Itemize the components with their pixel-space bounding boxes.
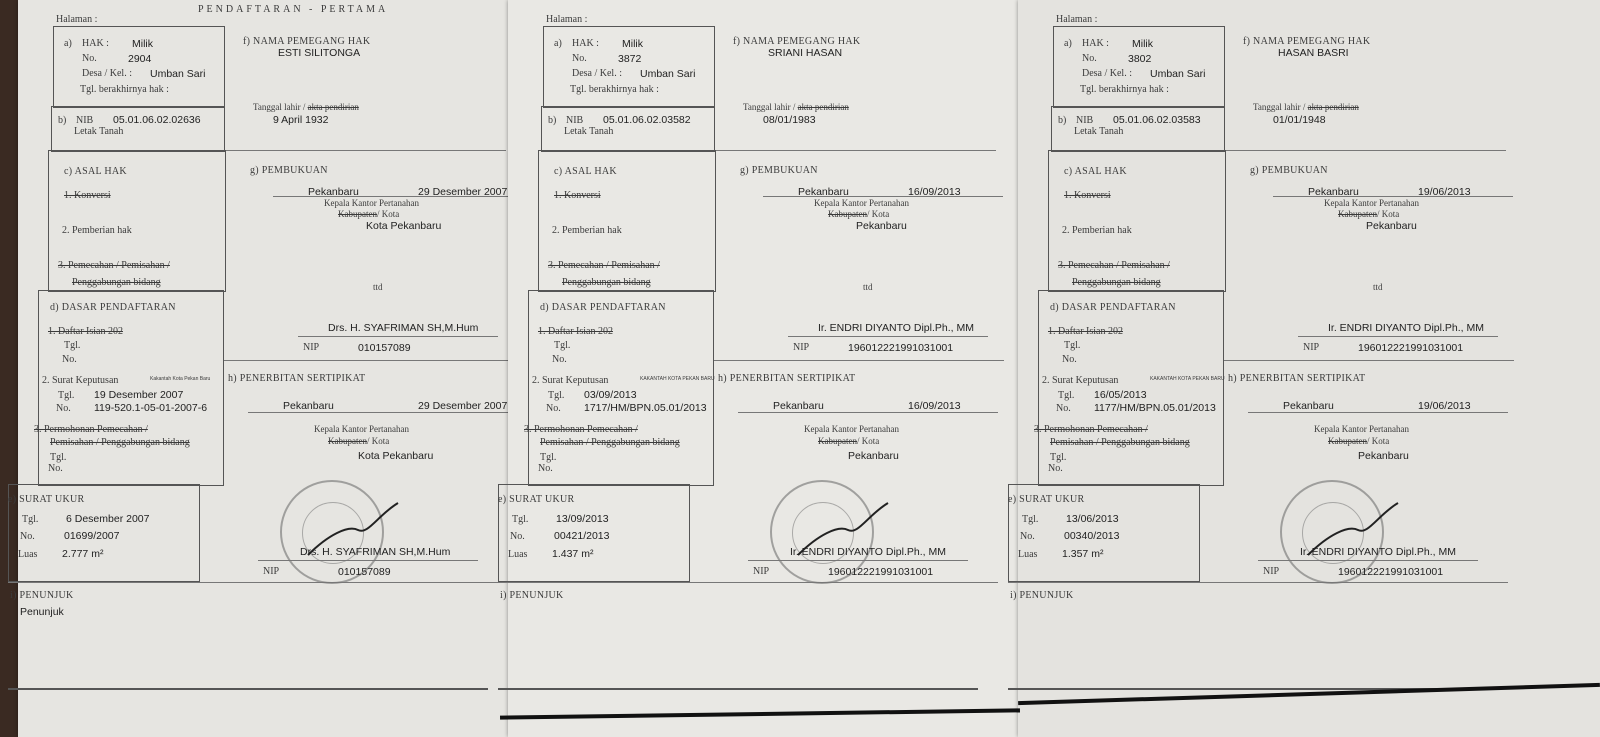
pembukuan-wilayah: Kota Pekanbaru [366, 220, 441, 232]
surat-ukur-label: e) SURAT UKUR [498, 494, 575, 505]
konversi-label: 1. Konversi [64, 190, 111, 201]
letak-tanah-label: Letak Tanah [564, 126, 613, 137]
sk-tgl-value: 16/05/2013 [1094, 389, 1147, 401]
desa-value: Umban Sari [1150, 68, 1205, 80]
sheet-heading: PENDAFTARAN - PERTAMA [198, 4, 388, 15]
su-luas-value: 1.437 m² [552, 548, 593, 560]
nip-2-label: NIP [753, 566, 769, 577]
su-no-value: 00421/2013 [554, 530, 609, 542]
terbit-tanggal: 19/06/2013 [1418, 400, 1471, 412]
terbit-kepala-kantor: Kepala Kantor Pertanahan [804, 424, 899, 434]
terbit-kab-kota: Kabupaten/ Kota [1328, 436, 1389, 446]
nip-2-label: NIP [1263, 566, 1279, 577]
surat-keputusan-label: 2. Surat Keputusan [42, 375, 118, 386]
letak-tanah-label: Letak Tanah [1074, 126, 1123, 137]
su-luas-label: Luas [1018, 549, 1037, 560]
hak-value: Milik [1132, 38, 1153, 50]
penunjuk-label: i) PENUNJUK [500, 590, 564, 601]
penerbitan-label: h) PENERBITAN SERTIPIKAT [1228, 373, 1365, 384]
hak-label: HAK : [82, 38, 109, 49]
dasar-label: d) DASAR PENDAFTARAN [1050, 302, 1176, 313]
penggabungan-label: Penggabungan bidang [562, 277, 651, 288]
surat-keputusan-label: 2. Surat Keputusan [532, 375, 608, 386]
pemisahan-penggabungan-label: Pemisahan / Penggabungan bidang [1050, 437, 1190, 448]
pemecahan-label: 3. Pemecahan / Pemisahan / [548, 260, 660, 271]
daftar-isian-label: 1. Daftar Isian 202 [48, 326, 123, 337]
nip-2-value: 010157089 [338, 566, 391, 578]
su-luas-value: 1.357 m² [1062, 548, 1103, 560]
nip-2-label: NIP [263, 566, 279, 577]
tanggal-lahir-label: Tanggal lahir / akta pendirian [1253, 102, 1359, 112]
hak-value: Milik [132, 38, 153, 50]
pejabat-2-name: Drs. H. SYAFRIMAN SH,M.Hum [300, 546, 450, 558]
nib-label: NIB [76, 115, 93, 126]
asal-hak-label: c) ASAL HAK [64, 166, 127, 177]
pejabat-2-name: Ir. ENDRI DIYANTO Dipl.Ph., MM [790, 546, 946, 558]
nama-pemegang-label: f) NAMA PEMEGANG HAK [1243, 36, 1370, 47]
penunjuk-label: i) PENUNJUK [10, 590, 74, 601]
su-no-value: 00340/2013 [1064, 530, 1119, 542]
pejabat-1-name: Ir. ENDRI DIYANTO Dipl.Ph., MM [818, 322, 974, 334]
sk-tgl-label: Tgl. [58, 390, 74, 401]
land-registry-sheet-2: Halaman : a) HAK : Milik No. 3872 Desa /… [508, 0, 1018, 737]
su-tgl-label: Tgl. [1022, 514, 1038, 525]
pemberian-hak-label: 2. Pemberian hak [62, 225, 132, 236]
desa-label: Desa / Kel. : [82, 68, 132, 79]
permohonan-tgl-label: Tgl. [50, 452, 66, 463]
pembukuan-label: g) PEMBUKUAN [1250, 165, 1328, 176]
a-label: a) [554, 38, 562, 49]
tanggal-lahir-value: 01/01/1948 [1273, 114, 1326, 126]
nip-1-value: 010157089 [358, 342, 411, 354]
nama-pemegang-value: SRIANI HASAN [768, 47, 842, 59]
terbit-kab-kota: Kabupaten/ Kota [818, 436, 879, 446]
b-label: b) [1058, 115, 1066, 126]
no-label: No. [572, 53, 587, 64]
terbit-kab-kota: Kabupaten/ Kota [328, 436, 389, 446]
pembukuan-wilayah: Pekanbaru [1366, 220, 1417, 232]
sk-no-value: 1717/HM/BPN.05.01/2013 [584, 402, 707, 414]
dasar-label: d) DASAR PENDAFTARAN [50, 302, 176, 313]
permohonan-no-label: No. [538, 463, 553, 474]
sk-no-label: No. [1056, 403, 1071, 414]
sk-tgl-value: 03/09/2013 [584, 389, 637, 401]
desa-label: Desa / Kel. : [1082, 68, 1132, 79]
terbit-kota: Pekanbaru [1283, 400, 1334, 412]
penggabungan-label: Penggabungan bidang [1072, 277, 1161, 288]
nama-pemegang-value: HASAN BASRI [1278, 47, 1349, 59]
terbit-wilayah: Pekanbaru [848, 450, 899, 462]
terbit-tanggal: 16/09/2013 [908, 400, 961, 412]
dasar-tgl-label: Tgl. [64, 340, 80, 351]
tanggal-lahir-value: 9 April 1932 [273, 114, 328, 126]
su-luas-label: Luas [508, 549, 527, 560]
nip-1-value: 196012221991031001 [848, 342, 953, 354]
asal-hak-label: c) ASAL HAK [554, 166, 617, 177]
pemberian-hak-label: 2. Pemberian hak [552, 225, 622, 236]
penunjuk-label: i) PENUNJUK [1010, 590, 1074, 601]
permohonan-tgl-label: Tgl. [540, 452, 556, 463]
tgl-berakhir-label: Tgl. berakhirnya hak : [1080, 84, 1169, 95]
penunjuk-value: Penunjuk [20, 606, 64, 618]
su-luas-value: 2.777 m² [62, 548, 103, 560]
b-label: b) [548, 115, 556, 126]
terbit-wilayah: Pekanbaru [1358, 450, 1409, 462]
su-tgl-label: Tgl. [22, 514, 38, 525]
tanggal-lahir-value: 08/01/1983 [763, 114, 816, 126]
pembukuan-kab-kota: Kabupaten/ Kota [338, 209, 399, 219]
sk-tgl-label: Tgl. [1058, 390, 1074, 401]
nip-2-value: 196012221991031001 [828, 566, 933, 578]
desa-value: Umban Sari [150, 68, 205, 80]
pejabat-1-name: Ir. ENDRI DIYANTO Dipl.Ph., MM [1328, 322, 1484, 334]
su-no-value: 01699/2007 [64, 530, 119, 542]
su-tgl-value: 6 Desember 2007 [66, 513, 149, 525]
pembukuan-label: g) PEMBUKUAN [250, 165, 328, 176]
tgl-berakhir-label: Tgl. berakhirnya hak : [570, 84, 659, 95]
sk-no-label: No. [56, 403, 71, 414]
ttd-label: ttd [863, 282, 873, 292]
dasar-label: d) DASAR PENDAFTARAN [540, 302, 666, 313]
halaman-label: Halaman : [1056, 14, 1097, 25]
tanggal-lahir-label: Tanggal lahir / akta pendirian [743, 102, 849, 112]
hak-value: Milik [622, 38, 643, 50]
sk-tgl-value: 19 Desember 2007 [94, 389, 183, 401]
sk-tgl-label: Tgl. [548, 390, 564, 401]
terbit-tanggal: 29 Desember 2007 [418, 400, 507, 412]
sk-penerbit: KAKANTAH KOTA PEKAN BARU [1150, 376, 1225, 382]
nip-1-label: NIP [1303, 342, 1319, 353]
pembukuan-kepala-kantor: Kepala Kantor Pertanahan [814, 198, 909, 208]
letak-tanah-label: Letak Tanah [74, 126, 123, 137]
terbit-kepala-kantor: Kepala Kantor Pertanahan [314, 424, 409, 434]
konversi-label: 1. Konversi [1064, 190, 1111, 201]
nama-pemegang-value: ESTI SILITONGA [278, 47, 360, 59]
dasar-no-label: No. [62, 354, 77, 365]
permohonan-label: 3. Permohonan Pemecahan / [1034, 424, 1148, 435]
pemberian-hak-label: 2. Pemberian hak [1062, 225, 1132, 236]
ttd-label: ttd [1373, 282, 1383, 292]
pejabat-1-name: Drs. H. SYAFRIMAN SH,M.Hum [328, 322, 478, 334]
nib-label: NIB [1076, 115, 1093, 126]
tgl-berakhir-label: Tgl. berakhirnya hak : [80, 84, 169, 95]
surat-ukur-label: e) SURAT UKUR [8, 494, 85, 505]
terbit-kota: Pekanbaru [283, 400, 334, 412]
pejabat-2-name: Ir. ENDRI DIYANTO Dipl.Ph., MM [1300, 546, 1456, 558]
a-label: a) [1064, 38, 1072, 49]
dasar-no-label: No. [552, 354, 567, 365]
pembukuan-kab-kota: Kabupaten/ Kota [828, 209, 889, 219]
su-tgl-label: Tgl. [512, 514, 528, 525]
halaman-label: Halaman : [56, 14, 97, 25]
nip-2-value: 196012221991031001 [1338, 566, 1443, 578]
hak-label: HAK : [572, 38, 599, 49]
no-value: 3872 [618, 53, 641, 65]
permohonan-no-label: No. [1048, 463, 1063, 474]
no-value: 3802 [1128, 53, 1151, 65]
terbit-wilayah: Kota Pekanbaru [358, 450, 433, 462]
no-label: No. [1082, 53, 1097, 64]
b-label: b) [58, 115, 66, 126]
su-no-label: No. [1020, 531, 1035, 542]
penerbitan-label: h) PENERBITAN SERTIPIKAT [718, 373, 855, 384]
ttd-label: ttd [373, 282, 383, 292]
no-value: 2904 [128, 53, 151, 65]
desa-label: Desa / Kel. : [572, 68, 622, 79]
terbit-kepala-kantor: Kepala Kantor Pertanahan [1314, 424, 1409, 434]
sk-penerbit: Kakantah Kota Pekan Baru [150, 376, 210, 382]
penggabungan-label: Penggabungan bidang [72, 277, 161, 288]
asal-hak-label: c) ASAL HAK [1064, 166, 1127, 177]
permohonan-tgl-label: Tgl. [1050, 452, 1066, 463]
nib-value: 05.01.06.02.02636 [113, 114, 201, 126]
pembukuan-label: g) PEMBUKUAN [740, 165, 818, 176]
permohonan-no-label: No. [48, 463, 63, 474]
daftar-isian-label: 1. Daftar Isian 202 [538, 326, 613, 337]
surat-ukur-label: e) SURAT UKUR [1008, 494, 1085, 505]
pembukuan-kepala-kantor: Kepala Kantor Pertanahan [1324, 198, 1419, 208]
sk-no-value: 119-520.1-05-01-2007-6 [94, 402, 207, 414]
sk-no-label: No. [546, 403, 561, 414]
permohonan-label: 3. Permohonan Pemecahan / [524, 424, 638, 435]
pemisahan-penggabungan-label: Pemisahan / Penggabungan bidang [50, 437, 190, 448]
nip-1-label: NIP [793, 342, 809, 353]
daftar-isian-label: 1. Daftar Isian 202 [1048, 326, 1123, 337]
dasar-no-label: No. [1062, 354, 1077, 365]
pembukuan-kepala-kantor: Kepala Kantor Pertanahan [324, 198, 419, 208]
pemecahan-label: 3. Pemecahan / Pemisahan / [58, 260, 170, 271]
halaman-label: Halaman : [546, 14, 587, 25]
su-no-label: No. [510, 531, 525, 542]
nib-value: 05.01.06.02.03582 [603, 114, 691, 126]
nip-1-value: 196012221991031001 [1358, 342, 1463, 354]
nib-label: NIB [566, 115, 583, 126]
pemecahan-label: 3. Pemecahan / Pemisahan / [1058, 260, 1170, 271]
surat-keputusan-label: 2. Surat Keputusan [1042, 375, 1118, 386]
su-tgl-value: 13/06/2013 [1066, 513, 1119, 525]
sk-penerbit: KAKANTAH KOTA PEKAN BARU [640, 376, 715, 382]
nip-1-label: NIP [303, 342, 319, 353]
nama-pemegang-label: f) NAMA PEMEGANG HAK [733, 36, 860, 47]
su-no-label: No. [20, 531, 35, 542]
dasar-tgl-label: Tgl. [1064, 340, 1080, 351]
no-label: No. [82, 53, 97, 64]
su-tgl-value: 13/09/2013 [556, 513, 609, 525]
konversi-label: 1. Konversi [554, 190, 601, 201]
penerbitan-label: h) PENERBITAN SERTIPIKAT [228, 373, 365, 384]
a-label: a) [64, 38, 72, 49]
pembukuan-wilayah: Pekanbaru [856, 220, 907, 232]
pembukuan-kab-kota: Kabupaten/ Kota [1338, 209, 1399, 219]
nib-value: 05.01.06.02.03583 [1113, 114, 1201, 126]
dasar-tgl-label: Tgl. [554, 340, 570, 351]
nama-pemegang-label: f) NAMA PEMEGANG HAK [243, 36, 370, 47]
hak-label: HAK : [1082, 38, 1109, 49]
land-registry-sheet-3: Halaman : a) HAK : Milik No. 3802 Desa /… [1018, 0, 1600, 737]
pemisahan-penggabungan-label: Pemisahan / Penggabungan bidang [540, 437, 680, 448]
tanggal-lahir-label: Tanggal lahir / akta pendirian [253, 102, 359, 112]
desa-value: Umban Sari [640, 68, 695, 80]
sk-no-value: 1177/HM/BPN.05.01/2013 [1094, 402, 1216, 414]
terbit-kota: Pekanbaru [773, 400, 824, 412]
su-luas-label: Luas [18, 549, 37, 560]
land-registry-sheet-1: Halaman : PENDAFTARAN - PERTAMA a) HAK :… [18, 0, 508, 737]
permohonan-label: 3. Permohonan Pemecahan / [34, 424, 148, 435]
